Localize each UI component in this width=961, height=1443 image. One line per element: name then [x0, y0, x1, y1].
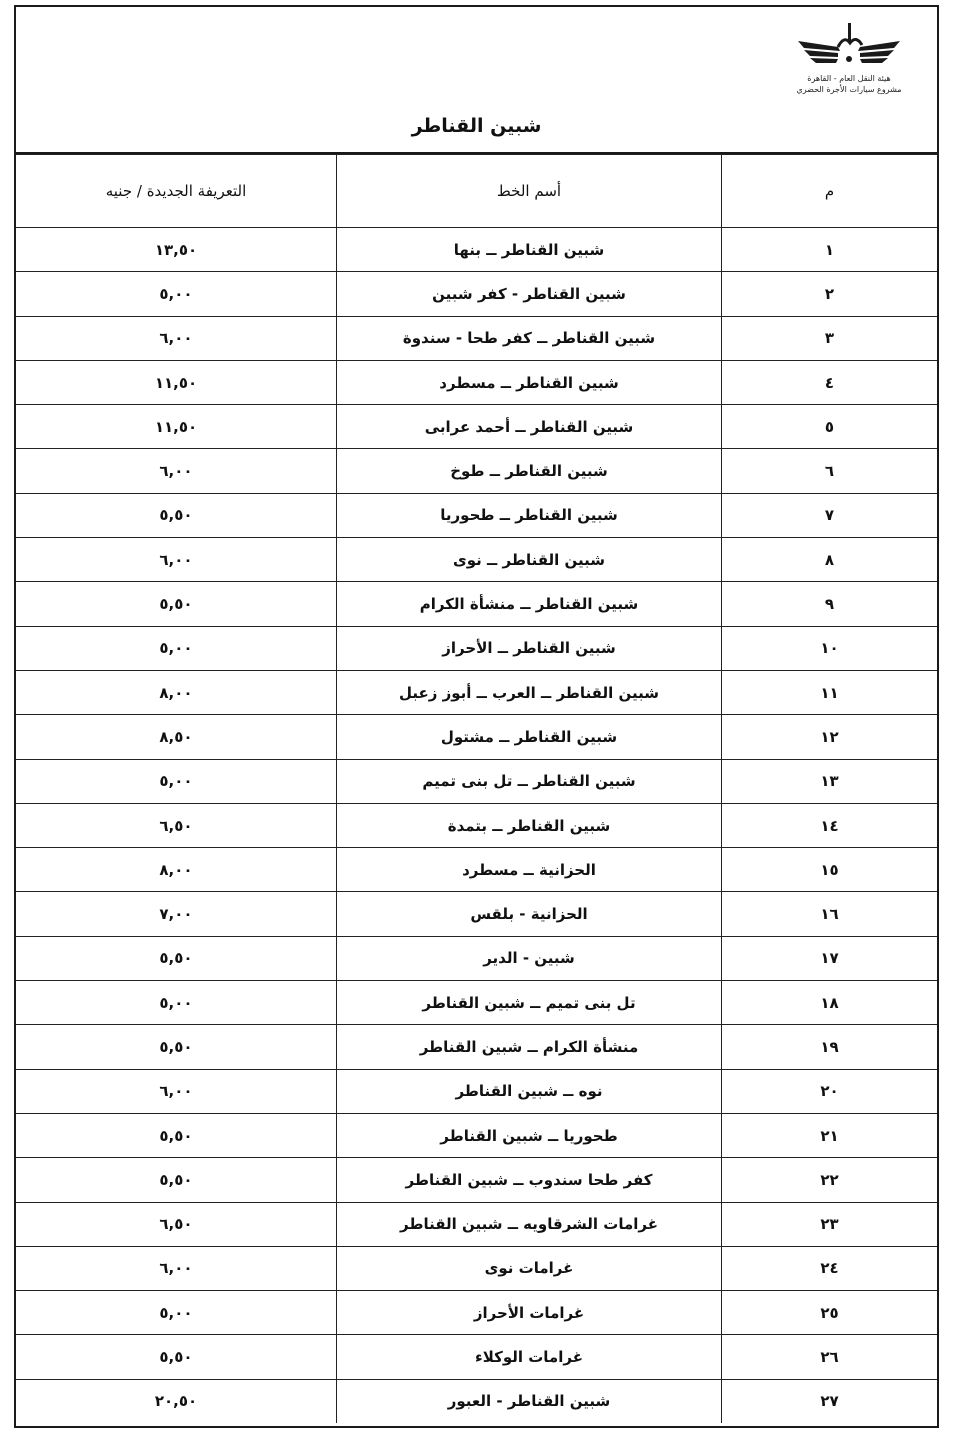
row-number: ٢٣ — [722, 1202, 938, 1246]
table-row: ٢٢كفر طحا سندوب ــ شبين القناطر٥,٥٠ — [16, 1158, 937, 1202]
line-name: شبين القناطر ــ تل بنى تميم — [337, 759, 722, 803]
fare-value: ١١,٥٠ — [16, 405, 337, 449]
table-row: ٩شبين القناطر ــ منشأة الكرام٥,٥٠ — [16, 582, 937, 626]
line-name: شبين القناطر ــ كفر طحا - سندوة — [337, 316, 722, 360]
line-name: غرامات نوى — [337, 1246, 722, 1290]
fare-value: ٥,٠٠ — [16, 272, 337, 316]
table-row: ٢٥غرامات الأحراز٥,٠٠ — [16, 1291, 937, 1335]
row-number: ١٧ — [722, 936, 938, 980]
fare-value: ٥,٠٠ — [16, 759, 337, 803]
table-row: ٤شبين القناطر ــ مسطرد١١,٥٠ — [16, 360, 937, 404]
fare-value: ٦,٥٠ — [16, 1202, 337, 1246]
line-name: شبين القناطر ــ بنها — [337, 228, 722, 272]
row-number: ٢٢ — [722, 1158, 938, 1202]
row-number: ١١ — [722, 670, 938, 714]
table-header-row: م أسم الخط التعريفة الجديدة / جنيه — [16, 155, 937, 228]
fare-value: ٥,٠٠ — [16, 981, 337, 1025]
row-number: ٢٠ — [722, 1069, 938, 1113]
line-name: شبين القناطر ــ العرب ــ أبوز زعبل — [337, 670, 722, 714]
row-number: ٢٥ — [722, 1291, 938, 1335]
fare-value: ٨,٠٠ — [16, 848, 337, 892]
fare-value: ٥,٥٠ — [16, 936, 337, 980]
row-number: ٧ — [722, 493, 938, 537]
logo-org-name: هيئة النقل العام - القاهرة — [779, 73, 919, 84]
organization-logo: هيئة النقل العام - القاهرة مشروع سيارات … — [779, 21, 919, 111]
table-row: ١٣شبين القناطر ــ تل بنى تميم٥,٠٠ — [16, 759, 937, 803]
column-header-number: م — [722, 155, 938, 228]
fare-value: ٦,٠٠ — [16, 316, 337, 360]
column-header-line-name: أسم الخط — [337, 155, 722, 228]
row-number: ٩ — [722, 582, 938, 626]
line-name: طحوريا ــ شبين القناطر — [337, 1113, 722, 1157]
table-row: ٢٣غرامات الشرقاويه ــ شبين القناطر٦,٥٠ — [16, 1202, 937, 1246]
fare-value: ١٣,٥٠ — [16, 228, 337, 272]
fare-value: ٥,٥٠ — [16, 1158, 337, 1202]
row-number: ١٤ — [722, 803, 938, 847]
table-row: ١٤شبين القناطر ــ بتمدة٦,٥٠ — [16, 803, 937, 847]
table-row: ١شبين القناطر ــ بنها١٣,٥٠ — [16, 228, 937, 272]
fare-sheet: هيئة النقل العام - القاهرة مشروع سيارات … — [14, 5, 939, 1428]
row-number: ٢٧ — [722, 1379, 938, 1423]
line-name: تل بنى تميم ــ شبين القناطر — [337, 981, 722, 1025]
row-number: ٦ — [722, 449, 938, 493]
line-name: شبين القناطر ــ بتمدة — [337, 803, 722, 847]
table-row: ٧شبين القناطر ــ طحوريا٥,٥٠ — [16, 493, 937, 537]
table-row: ٢١طحوريا ــ شبين القناطر٥,٥٠ — [16, 1113, 937, 1157]
table-row: ٢٠نوه ــ شبين القناطر٦,٠٠ — [16, 1069, 937, 1113]
fare-value: ٨,٠٠ — [16, 670, 337, 714]
table-row: ١٢شبين القناطر ــ مشتول٨,٥٠ — [16, 715, 937, 759]
row-number: ٢٤ — [722, 1246, 938, 1290]
line-name: شبين القناطر ــ الأحراز — [337, 626, 722, 670]
row-number: ١٦ — [722, 892, 938, 936]
fare-value: ١١,٥٠ — [16, 360, 337, 404]
row-number: ٨ — [722, 538, 938, 582]
line-name: شبين القناطر - كفر شبين — [337, 272, 722, 316]
fare-value: ٥,٥٠ — [16, 493, 337, 537]
row-number: ١٩ — [722, 1025, 938, 1069]
fare-value: ٥,٠٠ — [16, 626, 337, 670]
title-block: هيئة النقل العام - القاهرة مشروع سيارات … — [16, 7, 937, 154]
line-name: شبين القناطر ــ طحوريا — [337, 493, 722, 537]
table-row: ٢٧شبين القناطر - العبور٢٠,٥٠ — [16, 1379, 937, 1423]
line-name: شبين القناطر ــ منشأة الكرام — [337, 582, 722, 626]
table-row: ٨شبين القناطر ــ نوى٦,٠٠ — [16, 538, 937, 582]
line-name: الحزانية - بلقس — [337, 892, 722, 936]
table-row: ٦شبين القناطر ــ طوخ٦,٠٠ — [16, 449, 937, 493]
fare-value: ٦,٠٠ — [16, 538, 337, 582]
table-row: ٥شبين القناطر ــ أحمد عرابى١١,٥٠ — [16, 405, 937, 449]
table-row: ١١شبين القناطر ــ العرب ــ أبوز زعبل٨,٠٠ — [16, 670, 937, 714]
row-number: ١٥ — [722, 848, 938, 892]
fare-value: ٧,٠٠ — [16, 892, 337, 936]
row-number: ١ — [722, 228, 938, 272]
line-name: شبين القناطر ــ أحمد عرابى — [337, 405, 722, 449]
fare-value: ٨,٥٠ — [16, 715, 337, 759]
row-number: ٢٦ — [722, 1335, 938, 1379]
line-name: الحزانية ــ مسطرد — [337, 848, 722, 892]
line-name: شبين القناطر ــ طوخ — [337, 449, 722, 493]
row-number: ١٣ — [722, 759, 938, 803]
column-header-fare: التعريفة الجديدة / جنيه — [16, 155, 337, 228]
fare-value: ٦,٥٠ — [16, 803, 337, 847]
table-row: ١٩منشأة الكرام ــ شبين القناطر٥,٥٠ — [16, 1025, 937, 1069]
fare-value: ٦,٠٠ — [16, 1069, 337, 1113]
line-name: غرامات الأحراز — [337, 1291, 722, 1335]
table-row: ٢٦غرامات الوكلاء٥,٥٠ — [16, 1335, 937, 1379]
row-number: ٢ — [722, 272, 938, 316]
line-name: غرامات الشرقاويه ــ شبين القناطر — [337, 1202, 722, 1246]
line-name: غرامات الوكلاء — [337, 1335, 722, 1379]
row-number: ١٨ — [722, 981, 938, 1025]
fares-table: م أسم الخط التعريفة الجديدة / جنيه ١شبين… — [16, 154, 937, 1423]
table-row: ١٠شبين القناطر ــ الأحراز٥,٠٠ — [16, 626, 937, 670]
line-name: شبين القناطر ــ مسطرد — [337, 360, 722, 404]
fare-value: ٥,٥٠ — [16, 1113, 337, 1157]
row-number: ٤ — [722, 360, 938, 404]
fare-value: ٥,٥٠ — [16, 582, 337, 626]
line-name: كفر طحا سندوب ــ شبين القناطر — [337, 1158, 722, 1202]
row-number: ٢١ — [722, 1113, 938, 1157]
line-name: شبين القناطر ــ مشتول — [337, 715, 722, 759]
line-name: شبين القناطر ــ نوى — [337, 538, 722, 582]
row-number: ٣ — [722, 316, 938, 360]
fare-value: ٦,٠٠ — [16, 449, 337, 493]
table-row: ٣شبين القناطر ــ كفر طحا - سندوة٦,٠٠ — [16, 316, 937, 360]
table-row: ١٥الحزانية ــ مسطرد٨,٠٠ — [16, 848, 937, 892]
table-row: ٢شبين القناطر - كفر شبين٥,٠٠ — [16, 272, 937, 316]
winged-emblem-icon — [794, 21, 904, 73]
line-name: شبين - الدير — [337, 936, 722, 980]
page-title: شبين القناطر — [16, 115, 937, 137]
fare-value: ٥,٠٠ — [16, 1291, 337, 1335]
row-number: ١٢ — [722, 715, 938, 759]
line-name: منشأة الكرام ــ شبين القناطر — [337, 1025, 722, 1069]
row-number: ٥ — [722, 405, 938, 449]
table-body: ١شبين القناطر ــ بنها١٣,٥٠٢شبين القناطر … — [16, 228, 937, 1424]
fare-value: ٥,٥٠ — [16, 1335, 337, 1379]
table-row: ١٨تل بنى تميم ــ شبين القناطر٥,٠٠ — [16, 981, 937, 1025]
table-row: ١٧شبين - الدير٥,٥٠ — [16, 936, 937, 980]
fare-value: ٥,٥٠ — [16, 1025, 337, 1069]
logo-project-name: مشروع سيارات الأجرة الحضري — [779, 84, 919, 95]
table-row: ٢٤غرامات نوى٦,٠٠ — [16, 1246, 937, 1290]
fare-value: ٢٠,٥٠ — [16, 1379, 337, 1423]
line-name: شبين القناطر - العبور — [337, 1379, 722, 1423]
line-name: نوه ــ شبين القناطر — [337, 1069, 722, 1113]
row-number: ١٠ — [722, 626, 938, 670]
table-row: ١٦الحزانية - بلقس٧,٠٠ — [16, 892, 937, 936]
fare-value: ٦,٠٠ — [16, 1246, 337, 1290]
